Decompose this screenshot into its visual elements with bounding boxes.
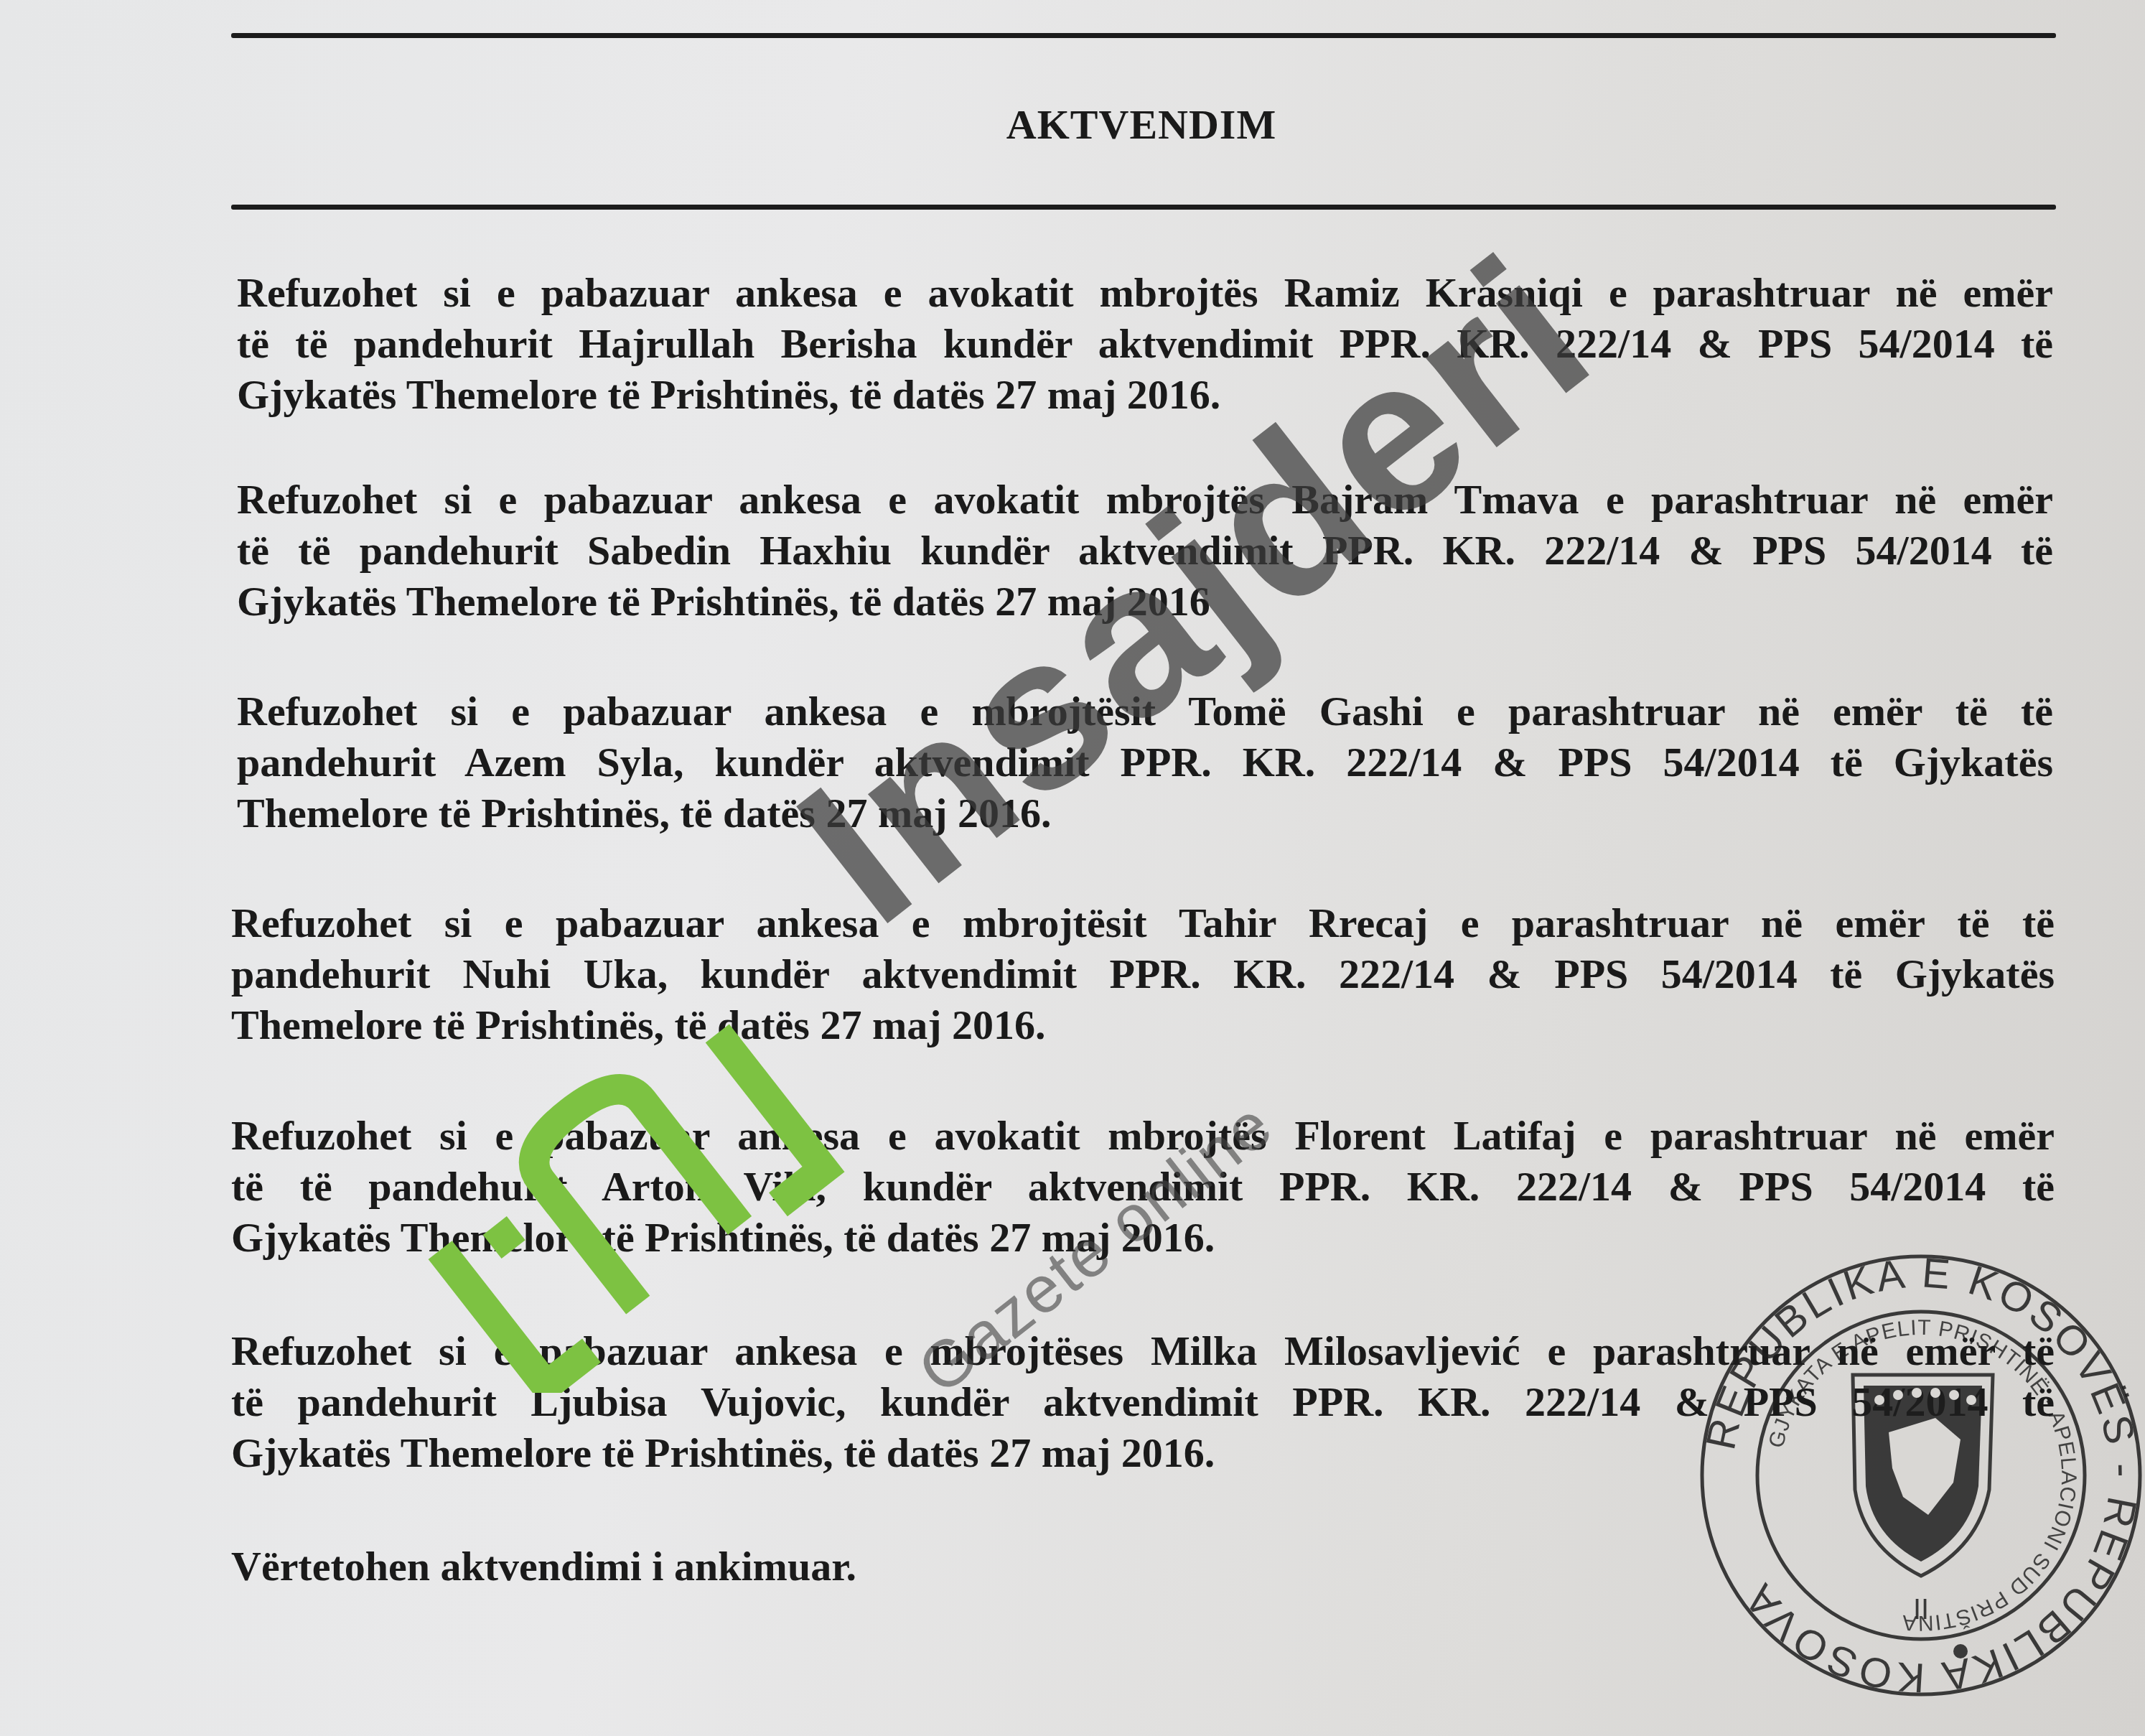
- paragraph-line: të të pandehurit Hajrullah Berisha kundë…: [237, 318, 2053, 369]
- ruling-paragraph-5: Refuzohet si e pabazuar ankesa e avokati…: [231, 1110, 2055, 1263]
- paragraph-line: Refuzohet si e pabazuar ankesa e mbrojtë…: [231, 1325, 2055, 1376]
- ruling-paragraph-2: Refuzohet si e pabazuar ankesa e avokati…: [237, 474, 2053, 627]
- paragraph-line: të të pandehurit Arton Vila, kundër aktv…: [231, 1161, 2055, 1212]
- paragraph-line: Refuzohet si e pabazuar ankesa e mbrojtë…: [237, 686, 2053, 737]
- title-rule-bottom: [231, 205, 2056, 210]
- paragraph-line: Gjykatës Themelore të Prishtinës, të dat…: [231, 1427, 2055, 1478]
- paragraph-line: Refuzohet si e pabazuar ankesa e avokati…: [237, 267, 2053, 318]
- paragraph-line: Themelore të Prishtinës, të datës 27 maj…: [237, 788, 2053, 839]
- paragraph-line: Themelore të Prishtinës, të datës 27 maj…: [231, 999, 2055, 1050]
- ruling-paragraph-3: Refuzohet si e pabazuar ankesa e mbrojtë…: [237, 686, 2053, 839]
- ruling-paragraph-4: Refuzohet si e pabazuar ankesa e mbrojtë…: [231, 897, 2055, 1050]
- document-page: AKTVENDIM Refuzohet si e pabazuar ankesa…: [0, 0, 2145, 1736]
- document-title: AKTVENDIM: [0, 101, 2145, 149]
- closing-statement: Vërtetohen aktvendimi i ankimuar.: [231, 1542, 856, 1590]
- paragraph-line: Gjykatës Themelore të Prishtinës, të dat…: [231, 1212, 2055, 1263]
- ruling-paragraph-1: Refuzohet si e pabazuar ankesa e avokati…: [237, 267, 2053, 420]
- title-rule-top: [231, 33, 2056, 38]
- paragraph-line: Refuzohet si e pabazuar ankesa e mbrojtë…: [231, 897, 2055, 948]
- paragraph-line: Gjykatës Themelore të Prishtinës, të dat…: [237, 369, 2053, 420]
- paragraph-line: të të pandehurit Sabedin Haxhiu kundër a…: [237, 525, 2053, 576]
- paragraph-line: të pandehurit Ljubisa Vujovic, kundër ak…: [231, 1376, 2055, 1427]
- paragraph-line: Refuzohet si e pabazuar ankesa e avokati…: [237, 474, 2053, 525]
- bleed-through-text: [0, 50, 2145, 95]
- paragraph-line: Refuzohet si e pabazuar ankesa e avokati…: [231, 1110, 2055, 1161]
- ruling-paragraph-6: Refuzohet si e pabazuar ankesa e mbrojtë…: [231, 1325, 2055, 1478]
- paragraph-line: pandehurit Azem Syla, kundër aktvendimit…: [237, 737, 2053, 788]
- paragraph-line: Gjykatës Themelore të Prishtinës, të dat…: [237, 576, 2053, 627]
- stamp-mark: II: [1913, 1594, 1929, 1625]
- paragraph-line: pandehurit Nuhi Uka, kundër aktvendimit …: [231, 948, 2055, 999]
